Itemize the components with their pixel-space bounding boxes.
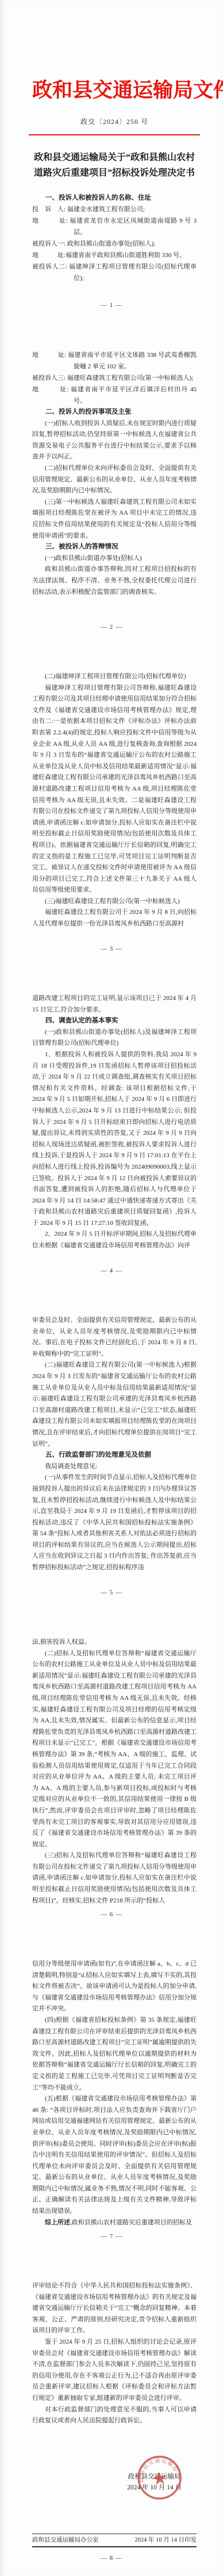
red-divider-rule bbox=[29, 134, 200, 135]
paragraph: 对本行政监督部门的处理意见不服的,当事人可以申请行政复议或者向人民法院提起行政诉… bbox=[32, 2404, 197, 2427]
paragraph: 政和县熊山街道办事答辩称,因对工程项目招投标的有关法律法规、程序不清、业务不熟,… bbox=[32, 564, 197, 598]
issuing-office: 政和县交通运输局办公室 bbox=[32, 2535, 99, 2546]
page-number: — 8 — bbox=[0, 2553, 223, 2565]
paragraph: 道路改建工程项目的完工证明,显示该项目已于 2024 年 4 月 15 日完工,… bbox=[32, 993, 197, 1015]
agency-banner-title: 政和县交通运输局文件 bbox=[32, 78, 197, 103]
paragraph: (一)政和县熊山街道办事处(招标人) bbox=[32, 553, 197, 565]
paragraph: 我局调查处理意见: bbox=[32, 1461, 197, 1473]
page-number: — 2 — bbox=[0, 622, 223, 633]
document-page-1: 政和县交通运输局文件 政交〔2024〕250 号 政和县交通运输局关于“政和县熊… bbox=[0, 0, 223, 322]
page-number: — 4 — bbox=[0, 1266, 223, 1277]
colophon-bar: 政和县交通运输局办公室 2024 年 10 月 14 日印发 bbox=[32, 2534, 197, 2547]
paragraph: 2、2024 年 9 月 5 日开标评审期间,招标人及招标代理单位未根据《福建省… bbox=[32, 1229, 197, 1251]
document-page-3: (二)福建坤泽工程项目管理有限公司(招标代理单位) 福建坤泽工程项目管理有限公司… bbox=[0, 644, 223, 966]
signature-org: 政和县交通运输局 bbox=[127, 2472, 182, 2482]
scanned-official-document: 政和县交通运输局文件 政交〔2024〕250 号 政和县交通运输局关于“政和县熊… bbox=[0, 0, 223, 2576]
document-page-8: 评审结论不符合《中华人民共和国招标投标法实施条例》、《福建省交通建设市场信用考核… bbox=[0, 2253, 223, 2576]
paragraph-with-bold-lead: 综上所述,政和县熊山农村道路灾后重建项目的招标及 bbox=[32, 2217, 197, 2229]
paragraph: (二)招标代理单位未向评标委员会及时、全面提供有关信用管理规定、最新公布的从业单… bbox=[32, 463, 197, 497]
paragraph: 1、根据投诉人和被投诉人提供的资料,我局 2024 年 9 月 18 日受理投诉… bbox=[32, 1049, 197, 1229]
paragraph: (一)政和县熊山街道办事处(招标人)及福建坤泽工程项目管理有限公司(招标代理单位… bbox=[32, 1027, 197, 1049]
document-page-5: 审委员会及时、全面提供有关信用管理规定、最新公布的从业单位、从业人员年度考核情况… bbox=[0, 1287, 223, 1609]
page-number: — 3 — bbox=[0, 944, 223, 955]
paragraph: 审委员会及时、全面提供有关信用管理规定、最新公布的从业单位、从业人员年度考核情况… bbox=[32, 1315, 197, 1360]
lead-continuation: ,政和县熊山农村道路灾后重建项目的招标及 bbox=[70, 2219, 192, 2226]
document-title: 政和县交通运输局关于“政和县熊山农村道路灾后重建项目”招标投诉处理决定书 bbox=[32, 150, 197, 181]
section-heading: 一、投诉人和被投诉人的名称、住址 bbox=[32, 193, 197, 204]
paragraph: 信用分等级使用申请函(如有)”,在申请函注解 a、b、c、d 已清楚载明,特别是… bbox=[32, 1959, 197, 2015]
signature-block: 政和县交通运输局 2024 年 10 月 14 日 bbox=[127, 2472, 182, 2493]
print-date: 2024 年 10 月 14 日印发 bbox=[134, 2535, 197, 2546]
document-page-6: 法,损害投诉人权益。 (二)招标人及招标代理单位答辩称“福建省交通运输厅公布的农… bbox=[0, 1609, 223, 1931]
section-heading: 二、投诉人的投诉事项及主张 bbox=[32, 407, 197, 418]
paragraph: (二)福建坤泽工程项目管理有限公司(招标代理单位) bbox=[32, 671, 197, 683]
paragraph: 地 址:福建省南平政和县熊山街道胜利街 330 号。 bbox=[32, 250, 197, 261]
section-heading: 四、调查认定的基本事实 bbox=[32, 1015, 197, 1027]
paragraph: 评审结论不符合《中华人民共和国招标投标法实施条例》、《福建省交通建设市场信用考核… bbox=[32, 2281, 197, 2337]
page-number: — 6 — bbox=[0, 1909, 223, 1921]
paragraph: (二)招标人及招标代理单位答辩称“福建省交通运输厅公布的农村公路施工从业单位及从… bbox=[32, 1648, 197, 1851]
bold-lead: 综上所述 bbox=[45, 2219, 70, 2226]
paragraph: (三)招标人及招标代理单位答辩称“福建旺森建设工程有限公司在投标文件递交了第九项… bbox=[32, 1850, 197, 1906]
section-heading: 三、被投诉人的答辩情况 bbox=[32, 542, 197, 553]
paragraph: (四)根据《福建省招标投标条例》第 35 条规定,福建旺森建设工程有限公司在评审… bbox=[32, 2015, 197, 2094]
paragraph: 地 址: 福建省龙岩市永定区凤城街道南堤路 9 号 3 层。 bbox=[32, 215, 197, 238]
section-heading: 五、行政监督部门的处理意见及依据 bbox=[32, 1450, 197, 1461]
paragraph: (一)从事件发生的时间节点显示,招标人及招标代理单位接到投诉人提出的异议后未在法… bbox=[32, 1472, 197, 1573]
signature-date: 2024 年 10 月 14 日 bbox=[127, 2482, 182, 2493]
document-page-2: 地 址: 福建省南平市延平区文体路 338 号武夷香榭凯旋幢 2 单元 102 … bbox=[0, 322, 223, 644]
paragraph: 福建旺森建设工程有限公司于 2024 年 9 月 8 日,向招标人及代理单位提供… bbox=[32, 907, 197, 929]
paragraph: 地 址: 福建省南平市延平区洋后镇洋后村田丹 45 号。 bbox=[32, 384, 197, 407]
paragraph: (三)福建旺森建设工程有限公司(第一中标候选人) bbox=[32, 896, 197, 908]
paragraph: 投 诉 人: 福建金水建筑工程有限公司; bbox=[32, 204, 197, 215]
document-page-4: 道路改建工程项目的完工证明,显示该项目已于 2024 年 4 月 15 日完工,… bbox=[0, 966, 223, 1287]
paragraph: 法,损害投诉人权益。 bbox=[32, 1637, 197, 1648]
page-number: — 1 — bbox=[0, 300, 223, 312]
doc-number: 政交〔2024〕250 号 bbox=[32, 116, 197, 128]
paragraph: (五)根据《福建省交通建设市场信用考核管理办法》第 46 条: “各项目评标时,… bbox=[32, 2094, 197, 2217]
paragraph: 鉴于 2024 年 9 月 25 日,招标人组织的讨论会记录,原评审委员会对《福… bbox=[32, 2337, 197, 2404]
paragraph: (三)第一中标候选人福建旺森建筑工程有限公司未如实填报项目经理陈佐堂在被评为 A… bbox=[32, 497, 197, 542]
paragraph: (一)招标人收到投诉人质疑后,未在规定时限内进行质疑回复,暂停招标活动,仍坚持原… bbox=[32, 418, 197, 463]
page-number: — 7 — bbox=[0, 2231, 223, 2243]
paragraph: 被投诉人一: 政和县熊山街道办事处(招标人); bbox=[32, 238, 197, 250]
paragraph: 地 址: 福建省南平市延平区文体路 338 号武夷香榭凯旋幢 2 单元 102 … bbox=[32, 349, 197, 372]
paragraph: 被投诉人二: 福建坤泽工程项目管理有限公司(招标代理单位); bbox=[32, 261, 197, 284]
paragraph: 被投诉人三: 福建旺森建筑工程有限公司(第一中标候选人); bbox=[32, 372, 197, 384]
paragraph: 福建坤泽工程项目管理有限公司答辩称,福建旺森建设工程有限公司及其项目经理申请使用… bbox=[32, 683, 197, 896]
paragraph: (二)福建旺森建设工程有限公司(第一中标候选人)根据 2024 年 9 月 3 … bbox=[32, 1360, 197, 1450]
document-page-7: 信用分等级使用申请函(如有)”,在申请函注解 a、b、c、d 已清楚载明,特别是… bbox=[0, 1931, 223, 2253]
page-number: — 5 — bbox=[0, 1587, 223, 1599]
